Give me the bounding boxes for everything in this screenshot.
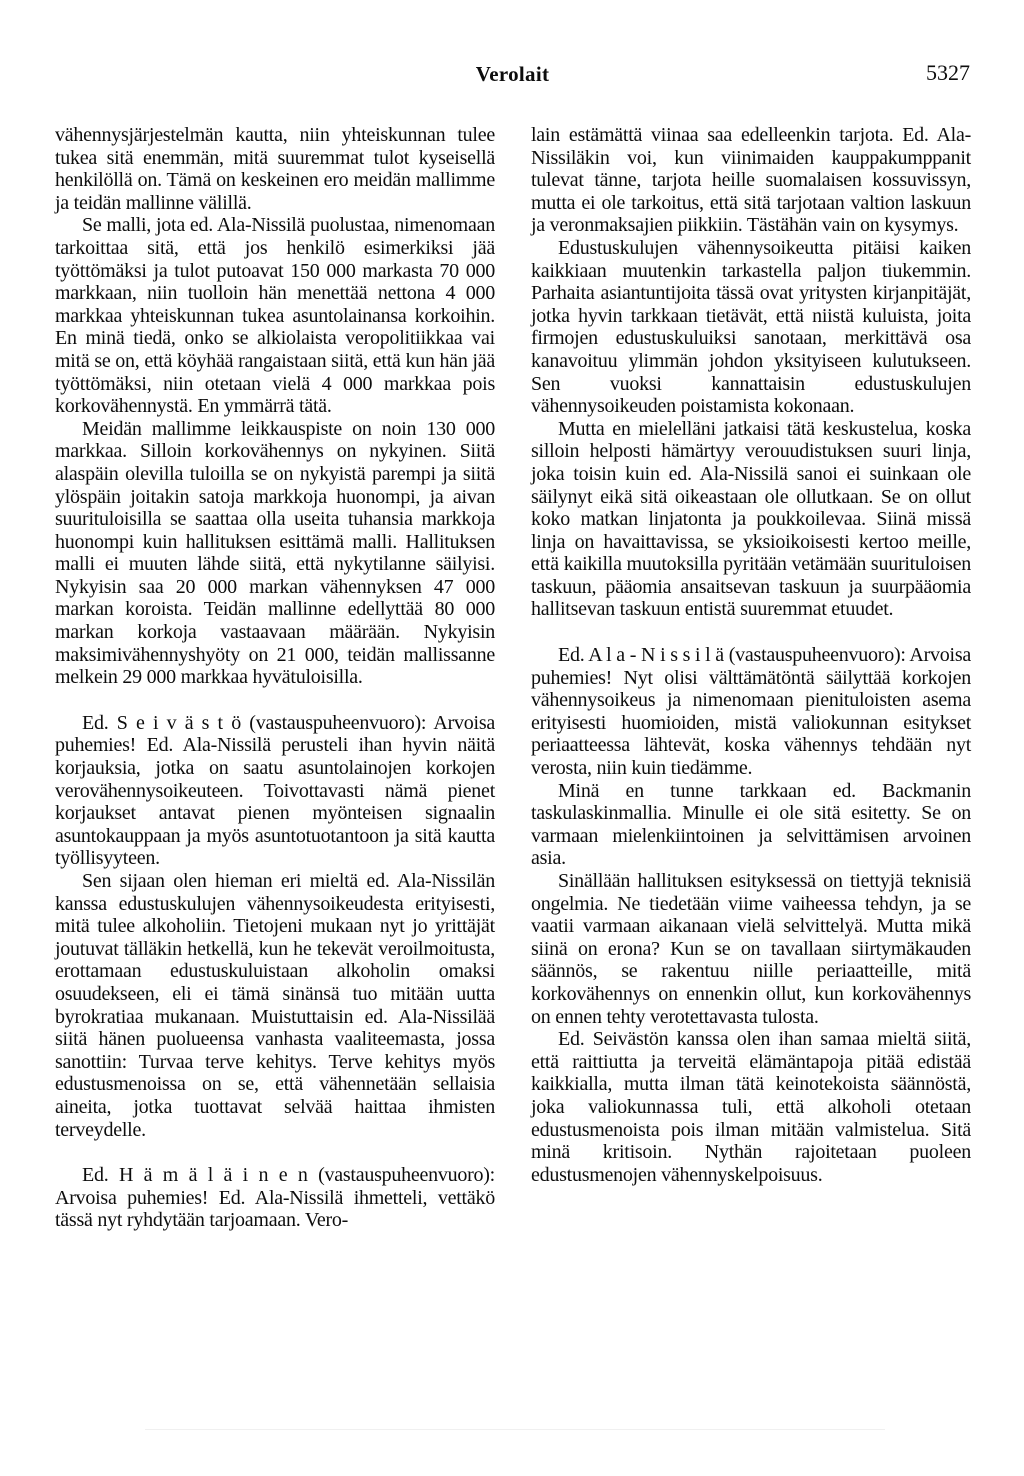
paragraph: Mutta en mielelläni jatkaisi tätä keskus…	[531, 418, 971, 621]
document-page: Verolait 5327 vähennysjärjestelmän kautt…	[0, 0, 1024, 1476]
paragraph: Minä en tunne tarkkaan ed. Backmanin tas…	[531, 780, 971, 870]
speech-paragraph-ala-nissila: Ed. A l a - N i s s i l ä (vastauspuheen…	[531, 644, 971, 780]
paragraph: Meidän mallimme leikkauspiste on noin 13…	[55, 418, 495, 689]
text-columns: vähennysjärjestelmän kautta, niin yhteis…	[55, 124, 971, 1232]
paragraph: Edustuskulujen vähennysoikeutta pitäisi …	[531, 237, 971, 418]
speech-paragraph-seivasto: Ed. S e i v ä s t ö (vastauspuheenvuoro)…	[55, 712, 495, 870]
paragraph: Se malli, jota ed. Ala-Nissilä puolustaa…	[55, 214, 495, 417]
scan-artifact-line	[145, 1429, 885, 1430]
right-column: lain estämättä viinaa saa edelleenkin ta…	[531, 124, 971, 1232]
paragraph: vähennysjärjestelmän kautta, niin yhteis…	[55, 124, 495, 214]
page-number: 5327	[926, 60, 970, 86]
paragraph: Sinällään hallituksen esityksessä on tie…	[531, 870, 971, 1028]
page-header: Verolait 5327	[55, 60, 970, 88]
speech-paragraph-hamalainen: Ed. H ä m ä l ä i n e n (vastauspuheenvu…	[55, 1164, 495, 1232]
paragraph: Sen sijaan olen hieman eri mieltä ed. Al…	[55, 870, 495, 1141]
running-head-title: Verolait	[55, 62, 970, 87]
paragraph: Ed. Seivästön kanssa olen ihan samaa mie…	[531, 1028, 971, 1186]
paragraph: lain estämättä viinaa saa edelleenkin ta…	[531, 124, 971, 237]
left-column: vähennysjärjestelmän kautta, niin yhteis…	[55, 124, 495, 1232]
